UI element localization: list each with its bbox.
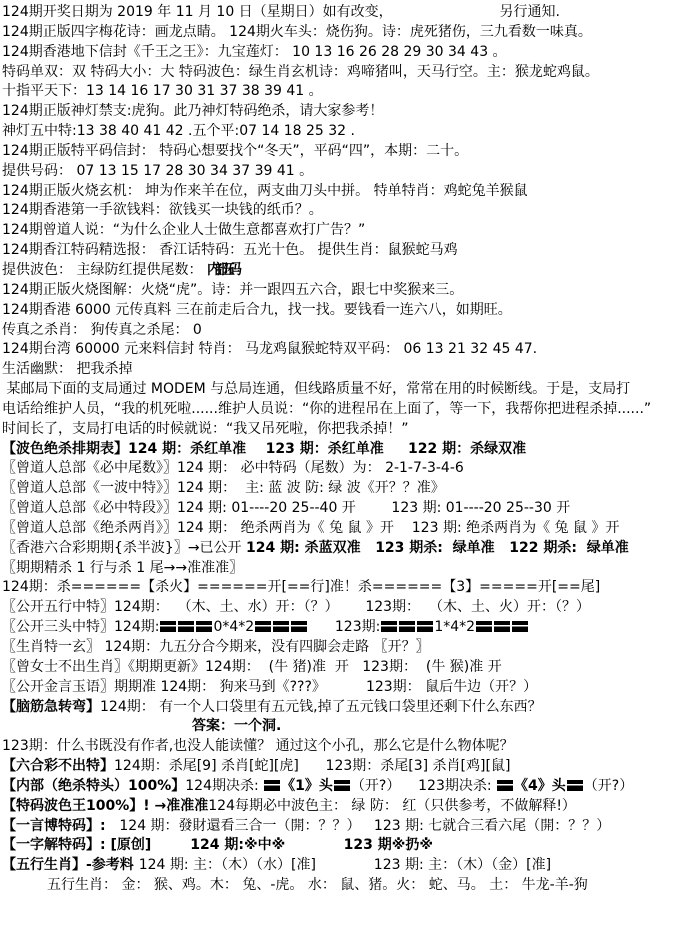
text-segment: 内部五码 <box>207 262 242 278</box>
black-block-glyph <box>494 621 510 632</box>
text-segment: 124期： 有一个人口袋里有五元钱,掉了五元钱口袋里还剩下什么东西？ <box>100 699 542 715</box>
text-line: 124期正版火烧图解：火烧“虎”。诗：并一跟四五六合，跟七中奖猴来三。 <box>2 281 688 301</box>
text-line: 124期香江特码精选报： 香江话特码：五光十色。 提供生肖：鼠猴蛇马鸡 <box>2 241 688 261</box>
text-segment: 《1》头 <box>281 778 333 794</box>
text-line: 〖公开五行中特〗124期： （木、土、水）开：（？） 123期： （木、土、火）… <box>2 598 688 618</box>
black-block-glyph <box>399 621 415 632</box>
text-line: 【五行生肖】-参考料 124 期: 主：（木）（水）[准] 123 期: 主：（… <box>2 856 688 876</box>
text-line: 〖曾道人总部《必中尾数》〗124 期： 必中特码（尾数）为： 2-1-7-3-4… <box>2 459 688 479</box>
black-block-glyph <box>381 621 397 632</box>
black-block-glyph <box>255 621 271 632</box>
text-line: 十指平天下：13 14 16 17 30 31 37 38 39 41 。 <box>2 82 688 102</box>
text-line: 传真之杀肖： 狗传真之杀尾： 0 <box>2 321 688 341</box>
text-line: 生活幽默： 把我杀掉 <box>2 360 688 380</box>
text-line: 五行生肖： 金： 猴、鸡。木： 兔、-虎。 水： 鼠、猪。火： 蛇、马。 土： … <box>2 876 688 896</box>
text-segment: 【一言博特码】: <box>2 818 110 834</box>
text-line: 特码单双：双 特码大小：大 特码波色：绿生肖玄机诗：鸡啼猪叫，天马行空。主：猴龙… <box>2 63 688 83</box>
text-segment: 124 期: 主：（木）（水）[准] 123 期: 主：（木）（金）[准] <box>139 857 551 873</box>
text-line: 124期正版神灯禁支:虎狗。此乃神灯特码绝杀，请大家参考！ <box>2 102 688 122</box>
text-segment: 124期香港第一手欲钱料：欲钱买一块钱的纸币？。 <box>2 202 323 218</box>
text-line: 〖期期精杀 1 行与杀 1 尾→→准准准〗 <box>2 559 688 579</box>
text-segment: 《4》头 <box>514 778 566 794</box>
text-segment: 124期正版特平码信封： 特码心想要找个“冬天”，平码“四”，本期：二十。 <box>2 143 468 159</box>
text-line: 124期香港 6000 元传真料 三在前走后合九，找一找。要钱看一连六八，如期旺… <box>2 301 688 321</box>
text-line: 答案：一个洞. <box>2 717 688 737</box>
text-segment: 〖曾道人总部《必中特段》〗124 期: 01----20 25--40 开 12… <box>2 500 570 516</box>
text-segment: 【一字解特码】: [原创] 124 期:※中※ 123 期※扔※ <box>2 837 433 853</box>
text-segment: 123期：什么书既没有作者,也没人能读懂？ 通过这个小孔，那么它是什么物体呢？ <box>2 738 514 754</box>
text-segment: 1*4*2 <box>434 619 475 635</box>
text-line: 〖公开金言玉语〗期期准 124期： 狗来马到《???》 123期： 鼠后牛边（开… <box>2 678 688 698</box>
text-line: 【六合彩不出特】124期：杀尾[9] 杀肖[蛇][虎] 123期：杀尾[3] 杀… <box>2 757 688 777</box>
text-segment: 124期香江特码精选报： 香江话特码：五光十色。 提供生肖：鼠猴蛇马鸡 <box>2 242 458 258</box>
text-line: 某邮局下面的支局通过 MODEM 与总局连通，但线路质量不好，常常在用的时候断线… <box>2 380 688 400</box>
text-line: 124期正版火烧玄机： 坤为作来羊在位，两支曲刀头中拼。 特单特肖：鸡蛇兔羊猴鼠 <box>2 182 688 202</box>
text-segment: 〖曾道人总部《一波中特》〗124 期： 主: 蓝 波 防: 绿 波《开？？准》 <box>2 480 445 496</box>
text-segment: 生活幽默： 把我杀掉 <box>2 361 132 377</box>
text-segment: 124期开奖日期为 2019 年 11 月 10 日（星期日）如有改变， 另行通… <box>2 4 560 20</box>
text-segment: 【内部（绝杀特头）100%】 <box>2 778 185 794</box>
text-line: 【脑筋急转弯】124期： 有一个人口袋里有五元钱,掉了五元钱口袋里还剩下什么东西… <box>2 698 688 718</box>
text-segment: 124期台湾 60000 元来料信封 特肖： 马龙鸡鼠猴蛇特双平码： 06 13… <box>2 341 537 357</box>
text-segment: 124 期：發財還看三合一（開：？？） 123 期: 七就合三看六尾（開：？？） <box>110 818 610 834</box>
text-segment: 【五行生肖】-参考料 <box>2 857 139 873</box>
black-block-glyph <box>512 621 528 632</box>
text-segment: 〖香港六合彩期期{杀半波}〗→已公开 <box>2 540 246 556</box>
text-line: 124期正版特平码信封： 特码心想要找个“冬天”，平码“四”，本期：二十。 <box>2 142 688 162</box>
text-line: 时间长了，支局打电话的时候就说：“我又吊死啦，你把我杀掉！” <box>2 420 688 440</box>
text-segment: 〖公开金言玉语〗期期准 124期： 狗来马到《???》 123期： 鼠后牛边（开… <box>2 679 537 695</box>
text-line: 【波色绝杀排期表】124 期：杀红单准 123 期：杀红单准 122 期：杀绿双… <box>2 440 688 460</box>
text-segment: 124期香港地下信封《千王之王》：九宝莲灯： 10 13 16 26 28 29… <box>2 44 507 60</box>
text-line: 【内部（绝杀特头）100%】124期决杀: 《1》头（开?） 123期决杀: 《… <box>2 777 688 797</box>
black-block-glyph <box>417 621 433 632</box>
text-segment: 答案：一个洞. <box>192 718 281 734</box>
text-line: 124期香港第一手欲钱料：欲钱买一块钱的纸币？。 <box>2 201 688 221</box>
text-segment: 124期：杀======【杀火】======开[==行]准！杀======【3】… <box>2 579 600 595</box>
document: 124期开奖日期为 2019 年 11 月 10 日（星期日）如有改变， 另行通… <box>0 0 688 896</box>
text-segment: 124期正版火烧玄机： 坤为作来羊在位，两支曲刀头中拼。 特单特肖：鸡蛇兔羊猴鼠 <box>2 183 528 199</box>
black-block-glyph <box>497 780 513 791</box>
text-segment: 【特码波色王100%】! →准准准 <box>2 798 208 814</box>
text-segment: 〖公开五行中特〗124期： （木、土、水）开：（？） 123期： （木、土、火）… <box>2 599 590 615</box>
text-line: 〖香港六合彩期期{杀半波}〗→已公开 124 期: 杀蓝双准 123 期杀: 绿… <box>2 539 688 559</box>
text-line: 123期：什么书既没有作者,也没人能读懂？ 通过这个小孔，那么它是什么物体呢？ <box>2 737 688 757</box>
text-line: 〖曾道人总部《一波中特》〗124 期： 主: 蓝 波 防: 绿 波《开？？准》 <box>2 479 688 499</box>
text-line: 124期开奖日期为 2019 年 11 月 10 日（星期日）如有改变， 另行通… <box>2 3 688 23</box>
text-line: 【一言博特码】: 124 期：發財還看三合一（開：？？） 123 期: 七就合三… <box>2 817 688 837</box>
text-segment: 124期正版火烧图解：火烧“虎”。诗：并一跟四五六合，跟七中奖猴来三。 <box>2 282 463 298</box>
text-line: 〖曾女士不出生肖〗《期期更新》124期： (牛 猪)准 开 123期： (牛 猴… <box>2 658 688 678</box>
text-line: 〖曾道人总部《绝杀两肖》〗124 期： 绝杀两肖为《 兔 鼠 》开 123 期:… <box>2 519 688 539</box>
text-segment: 提供号码： 07 13 15 17 28 30 34 37 39 41 。 <box>2 163 313 179</box>
text-line: 提供号码： 07 13 15 17 28 30 34 37 39 41 。 <box>2 162 688 182</box>
text-segment: 〖期期精杀 1 行与杀 1 尾→→准准准〗 <box>2 560 243 576</box>
black-block-glyph <box>567 780 583 791</box>
text-segment: 124期曾道人说：“为什么企业人士做生意都喜欢打广告？” <box>2 222 365 238</box>
black-block-glyph <box>273 621 289 632</box>
text-segment: 123期: <box>308 619 380 635</box>
text-line: 124期曾道人说：“为什么企业人士做生意都喜欢打广告？” <box>2 221 688 241</box>
black-block-glyph <box>178 621 194 632</box>
text-segment: 【脑筋急转弯】 <box>2 699 100 715</box>
text-segment: 特码单双：双 特码大小：大 特码波色：绿生肖玄机诗：鸡啼猪叫，天马行空。主：猴龙… <box>2 64 599 80</box>
text-segment: 124期正版四字梅花诗：画龙点睛。 124期火车头：烧伤狗。诗：虎死猪伤，三九看… <box>2 24 592 40</box>
text-line: 124期：杀======【杀火】======开[==行]准！杀======【3】… <box>2 578 688 598</box>
text-segment: 124 期: 杀蓝双准 123 期杀: 绿单准 122 期杀: 绿单准 <box>246 540 629 556</box>
text-segment: 【波色绝杀排期表】124 期：杀红单准 123 期：杀红单准 122 期：杀绿双… <box>2 441 526 457</box>
text-segment: （开?） 123期决杀: <box>351 778 496 794</box>
text-segment: 传真之杀肖： 狗传真之杀尾： 0 <box>2 322 202 338</box>
text-segment: 0*4*2 <box>213 619 254 635</box>
text-segment: 124期香港 6000 元传真料 三在前走后合九，找一找。要钱看一连六八，如期旺… <box>2 302 512 318</box>
text-line: 124期正版四字梅花诗：画龙点睛。 124期火车头：烧伤狗。诗：虎死猪伤，三九看… <box>2 23 688 43</box>
lottery-tip-sheet-page: { "page": { "background": "#ffffff", "te… <box>0 0 688 937</box>
text-line: 神灯五中特:13 38 40 41 42 .五个平:07 14 18 25 32… <box>2 122 688 142</box>
black-block-glyph <box>264 780 280 791</box>
black-block-glyph <box>291 621 307 632</box>
text-segment: 〖公开三头中特〗124期: <box>2 619 159 635</box>
text-segment: 〖曾道人总部《绝杀两肖》〗124 期： 绝杀两肖为《 兔 鼠 》开 123 期:… <box>2 520 619 536</box>
text-line: 电话给维护人员，“我的机死啦......维护人员说：“你的进程吊在上面了，等一下… <box>2 400 688 420</box>
text-line: 【一字解特码】: [原创] 124 期:※中※ 123 期※扔※ <box>2 836 688 856</box>
text-line: 〖曾道人总部《必中特段》〗124 期: 01----20 25--40 开 12… <box>2 499 688 519</box>
text-segment: 124期正版神灯禁支:虎狗。此乃神灯特码绝杀，请大家参考！ <box>2 103 383 119</box>
text-segment: 神灯五中特:13 38 40 41 42 .五个平:07 14 18 25 32… <box>2 123 355 139</box>
text-segment: 【六合彩不出特】 <box>2 758 114 774</box>
text-segment: 电话给维护人员，“我的机死啦......维护人员说：“你的进程吊在上面了，等一下… <box>2 401 651 417</box>
text-line: 124期台湾 60000 元来料信封 特肖： 马龙鸡鼠猴蛇特双平码： 06 13… <box>2 340 688 360</box>
text-line: 124期香港地下信封《千王之王》：九宝莲灯： 10 13 16 26 28 29… <box>2 43 688 63</box>
text-segment: 十指平天下：13 14 16 17 30 31 37 38 39 41 。 <box>2 83 323 99</box>
text-segment: 时间长了，支局打电话的时候就说：“我又吊死啦，你把我杀掉！” <box>2 421 409 437</box>
black-block-glyph <box>196 621 212 632</box>
text-line: 【特码波色王100%】! →准准准124每期必中波色主： 绿 防： 红（只供参考… <box>2 797 688 817</box>
text-segment: 〖曾道人总部《必中尾数》〗124 期： 必中特码（尾数）为： 2-1-7-3-4… <box>2 460 464 476</box>
text-line: 〖公开三头中特〗124期:0*4*2 123期:1*4*2 <box>2 618 688 638</box>
text-segment: 〖生肖特一玄〗 124期：九五分合今期来，没有四脚会走路 〖开？〗 <box>2 639 430 655</box>
black-block-glyph <box>334 780 350 791</box>
black-block-glyph <box>476 621 492 632</box>
text-segment: 五行生肖： 金： 猴、鸡。木： 兔、-虎。 水： 鼠、猪。火： 蛇、马。 土： … <box>47 877 588 893</box>
text-segment: 〖曾女士不出生肖〗《期期更新》124期： (牛 猪)准 开 123期： (牛 猴… <box>2 659 502 675</box>
text-segment: 提供波色： 主绿防红提供尾数： <box>2 262 207 278</box>
text-segment: 124期：杀尾[9] 杀肖[蛇][虎] 123期：杀尾[3] 杀肖[鸡][鼠] <box>114 758 510 774</box>
text-line: 提供波色： 主绿防红提供尾数： 内部五码 <box>2 261 688 281</box>
text-segment: 124期决杀: <box>185 778 263 794</box>
text-segment: 124每期必中波色主： 绿 防： 红（只供参考，不做解释!） <box>208 798 576 814</box>
text-segment: （开?） <box>584 778 633 794</box>
text-line: 〖生肖特一玄〗 124期：九五分合今期来，没有四脚会走路 〖开？〗 <box>2 638 688 658</box>
black-block-glyph <box>160 621 176 632</box>
text-segment: 某邮局下面的支局通过 MODEM 与总局连通，但线路质量不好，常常在用的时候断线… <box>2 381 630 397</box>
